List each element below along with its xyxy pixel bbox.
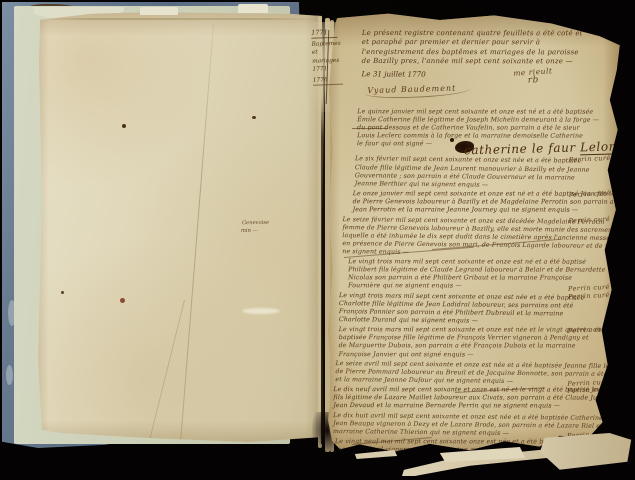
manuscript-line: Le quinze janvier mil sept cent soixante… (357, 108, 615, 117)
priest-signature: Perrin curé (568, 325, 610, 335)
ink-speck (61, 291, 64, 294)
ink-speck (450, 138, 454, 142)
ink-speck (122, 124, 126, 128)
register-entry: Le seize février mil sept cent soixante … (342, 216, 614, 259)
torn-paper-fragment (353, 450, 399, 459)
register-entry: Le vingt trois mars mil sept cent soixan… (339, 292, 614, 327)
manuscript-line: Jean Perrotin et la marraine Jeanne Jour… (353, 206, 615, 215)
register-entry: Le seize avril mil sept cent soixante et… (335, 360, 613, 386)
register-header: Le présent registre contenant quatre feu… (336, 28, 616, 68)
archival-scan: Le présent registre contenant quatre feu… (0, 0, 635, 480)
cover-fray (6, 365, 13, 385)
red-stain (120, 298, 125, 303)
page-edge-shading (34, 10, 326, 442)
signature-paraph: rb (528, 75, 554, 86)
register-entry: Le vingt trois mars mil sept cent soixan… (339, 326, 614, 361)
manuscript-page: Le présent registre contenant quatre feu… (322, 10, 624, 462)
manuscript-line: Jean Devaud et la marraine Bernarde Perr… (333, 403, 613, 412)
white-smudge (242, 308, 280, 314)
gutter-shadow (321, 96, 325, 444)
register-entry: Le vingt trois mars mil sept cent soixan… (348, 258, 614, 292)
margin-note: 1771 (311, 28, 337, 39)
register-entries: Le quinze janvier mil sept cent soixante… (333, 108, 615, 457)
header-line: et paraphé par premier et dernier pour s… (362, 38, 616, 48)
margin-note: 1771 (312, 64, 354, 74)
register-entry: Le onze janvier mil sept cent soixante e… (353, 190, 615, 216)
clerk-signature-row: Vyaud Baudement me rieultrb (335, 78, 615, 110)
signature-surname-underlined: Lelore (580, 139, 623, 155)
ink-speck (252, 116, 256, 119)
header-line: de Bazilly pres, l'année mil sept cent s… (362, 57, 616, 67)
side-note: min — (241, 228, 258, 234)
side-note: Genevoise (242, 220, 269, 226)
paper-tab (140, 7, 178, 15)
register-entry: Le dix huit avril mil sept cent soixante… (333, 412, 613, 438)
priest-signature: Perrin curé (568, 385, 610, 395)
manuscript-line: de Marguerite Dubois, son parrain a été … (339, 342, 614, 351)
under-sheet-edge (34, 18, 326, 20)
name-underline (352, 128, 388, 129)
manuscript-content: Le présent registre contenant quatre feu… (319, 10, 624, 456)
blank-left-page (34, 10, 326, 442)
signature-name: catherine le faur (464, 140, 581, 157)
priest-signature: Perrin curé (569, 214, 611, 224)
margin-note: 1776 (313, 76, 343, 86)
clerk-signature: Vyaud Baudement (365, 83, 470, 99)
manuscript-line: de Pierre Genevois laboureur à Bazilly e… (353, 198, 615, 207)
margin-annotations: 1771Baptemesetmariages17711776 (311, 27, 355, 86)
clerk-signature: me rieultrb (513, 66, 553, 86)
priest-signature: Perrin curé (569, 188, 611, 198)
manuscript-line: Françoise Janvier qui ont signé enquis — (339, 351, 614, 360)
register-entry: Le six février mil sept cent soixante et… (355, 156, 615, 190)
paper-tab (238, 4, 268, 13)
